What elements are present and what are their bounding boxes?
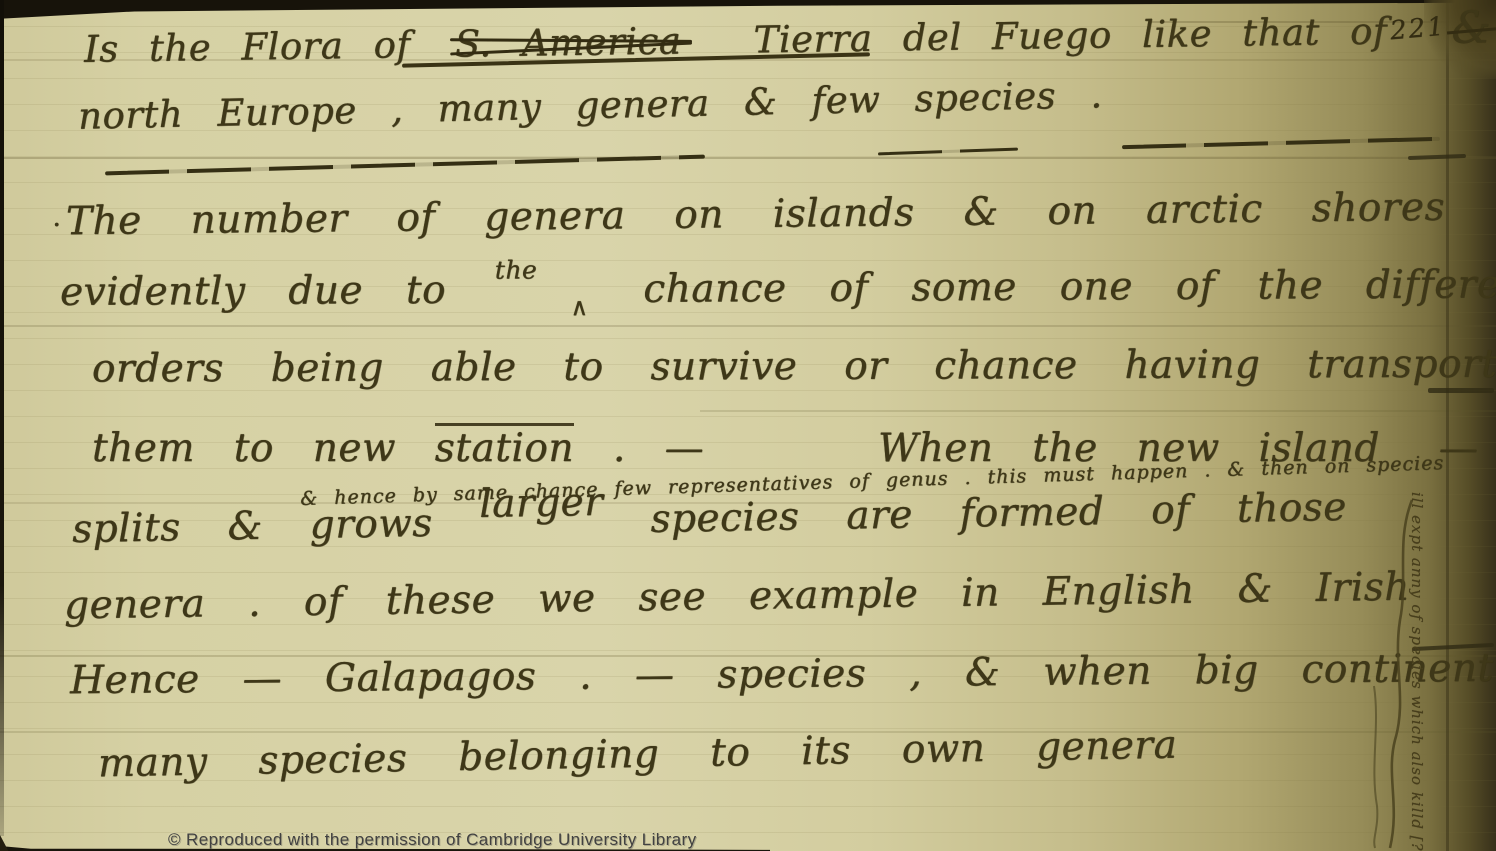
stray-ink-dot: · [52, 208, 62, 243]
struck-flourish-mark: & [1451, 2, 1491, 54]
library-credit-line: © Reproduced with the permission of Camb… [168, 830, 697, 850]
inserted-word-above-line: the [495, 255, 538, 284]
separator-stroke [878, 148, 1018, 156]
raised-word: larger [479, 480, 604, 527]
handwriting-body-line-6: genera . of these we see example in Engl… [64, 565, 1410, 629]
handwriting-opening-line-2: north Europe , many genera & few species… [78, 73, 1103, 137]
separator-stroke [1122, 137, 1440, 149]
margin-bracket-line [1360, 498, 1430, 850]
handwriting-opening-line-1: Is the Flora of S. America Tierra del Fu… [84, 2, 1492, 73]
paper-ruled-line [0, 157, 1496, 159]
ink-edge-mark [1428, 388, 1494, 393]
trailing-dash-mark: — [1439, 426, 1479, 471]
body-line-2-text: evidently due to [60, 268, 446, 315]
opening-line-1-text: Is the Flora of [84, 23, 411, 71]
body-line-4-punctuation: . — [613, 426, 704, 471]
body-line-5-text: splits & grows [72, 501, 433, 552]
body-line-2-continued: chance of some one of the different [643, 262, 1496, 312]
handwriting-body-line-1: The number of genera on islands & on arc… [66, 185, 1445, 244]
ink-edge-mark [1408, 154, 1466, 160]
handwriting-body-line-2: evidently due to the ∧ chance of some on… [60, 262, 1496, 315]
overlined-word: station [435, 423, 574, 471]
paper-ruled-line [0, 325, 1496, 327]
caret-insertion-mark: ∧ [570, 293, 588, 321]
handwriting-body-line-3: orders being able to survive or chance h… [92, 341, 1496, 391]
body-line-4-text: them to new [92, 426, 396, 471]
paper-ruled-line [700, 410, 1496, 412]
page-left-edge-shadow [0, 0, 4, 836]
manuscript-page: 221 Is the Flora of S. America Tierra de… [0, 0, 1496, 851]
